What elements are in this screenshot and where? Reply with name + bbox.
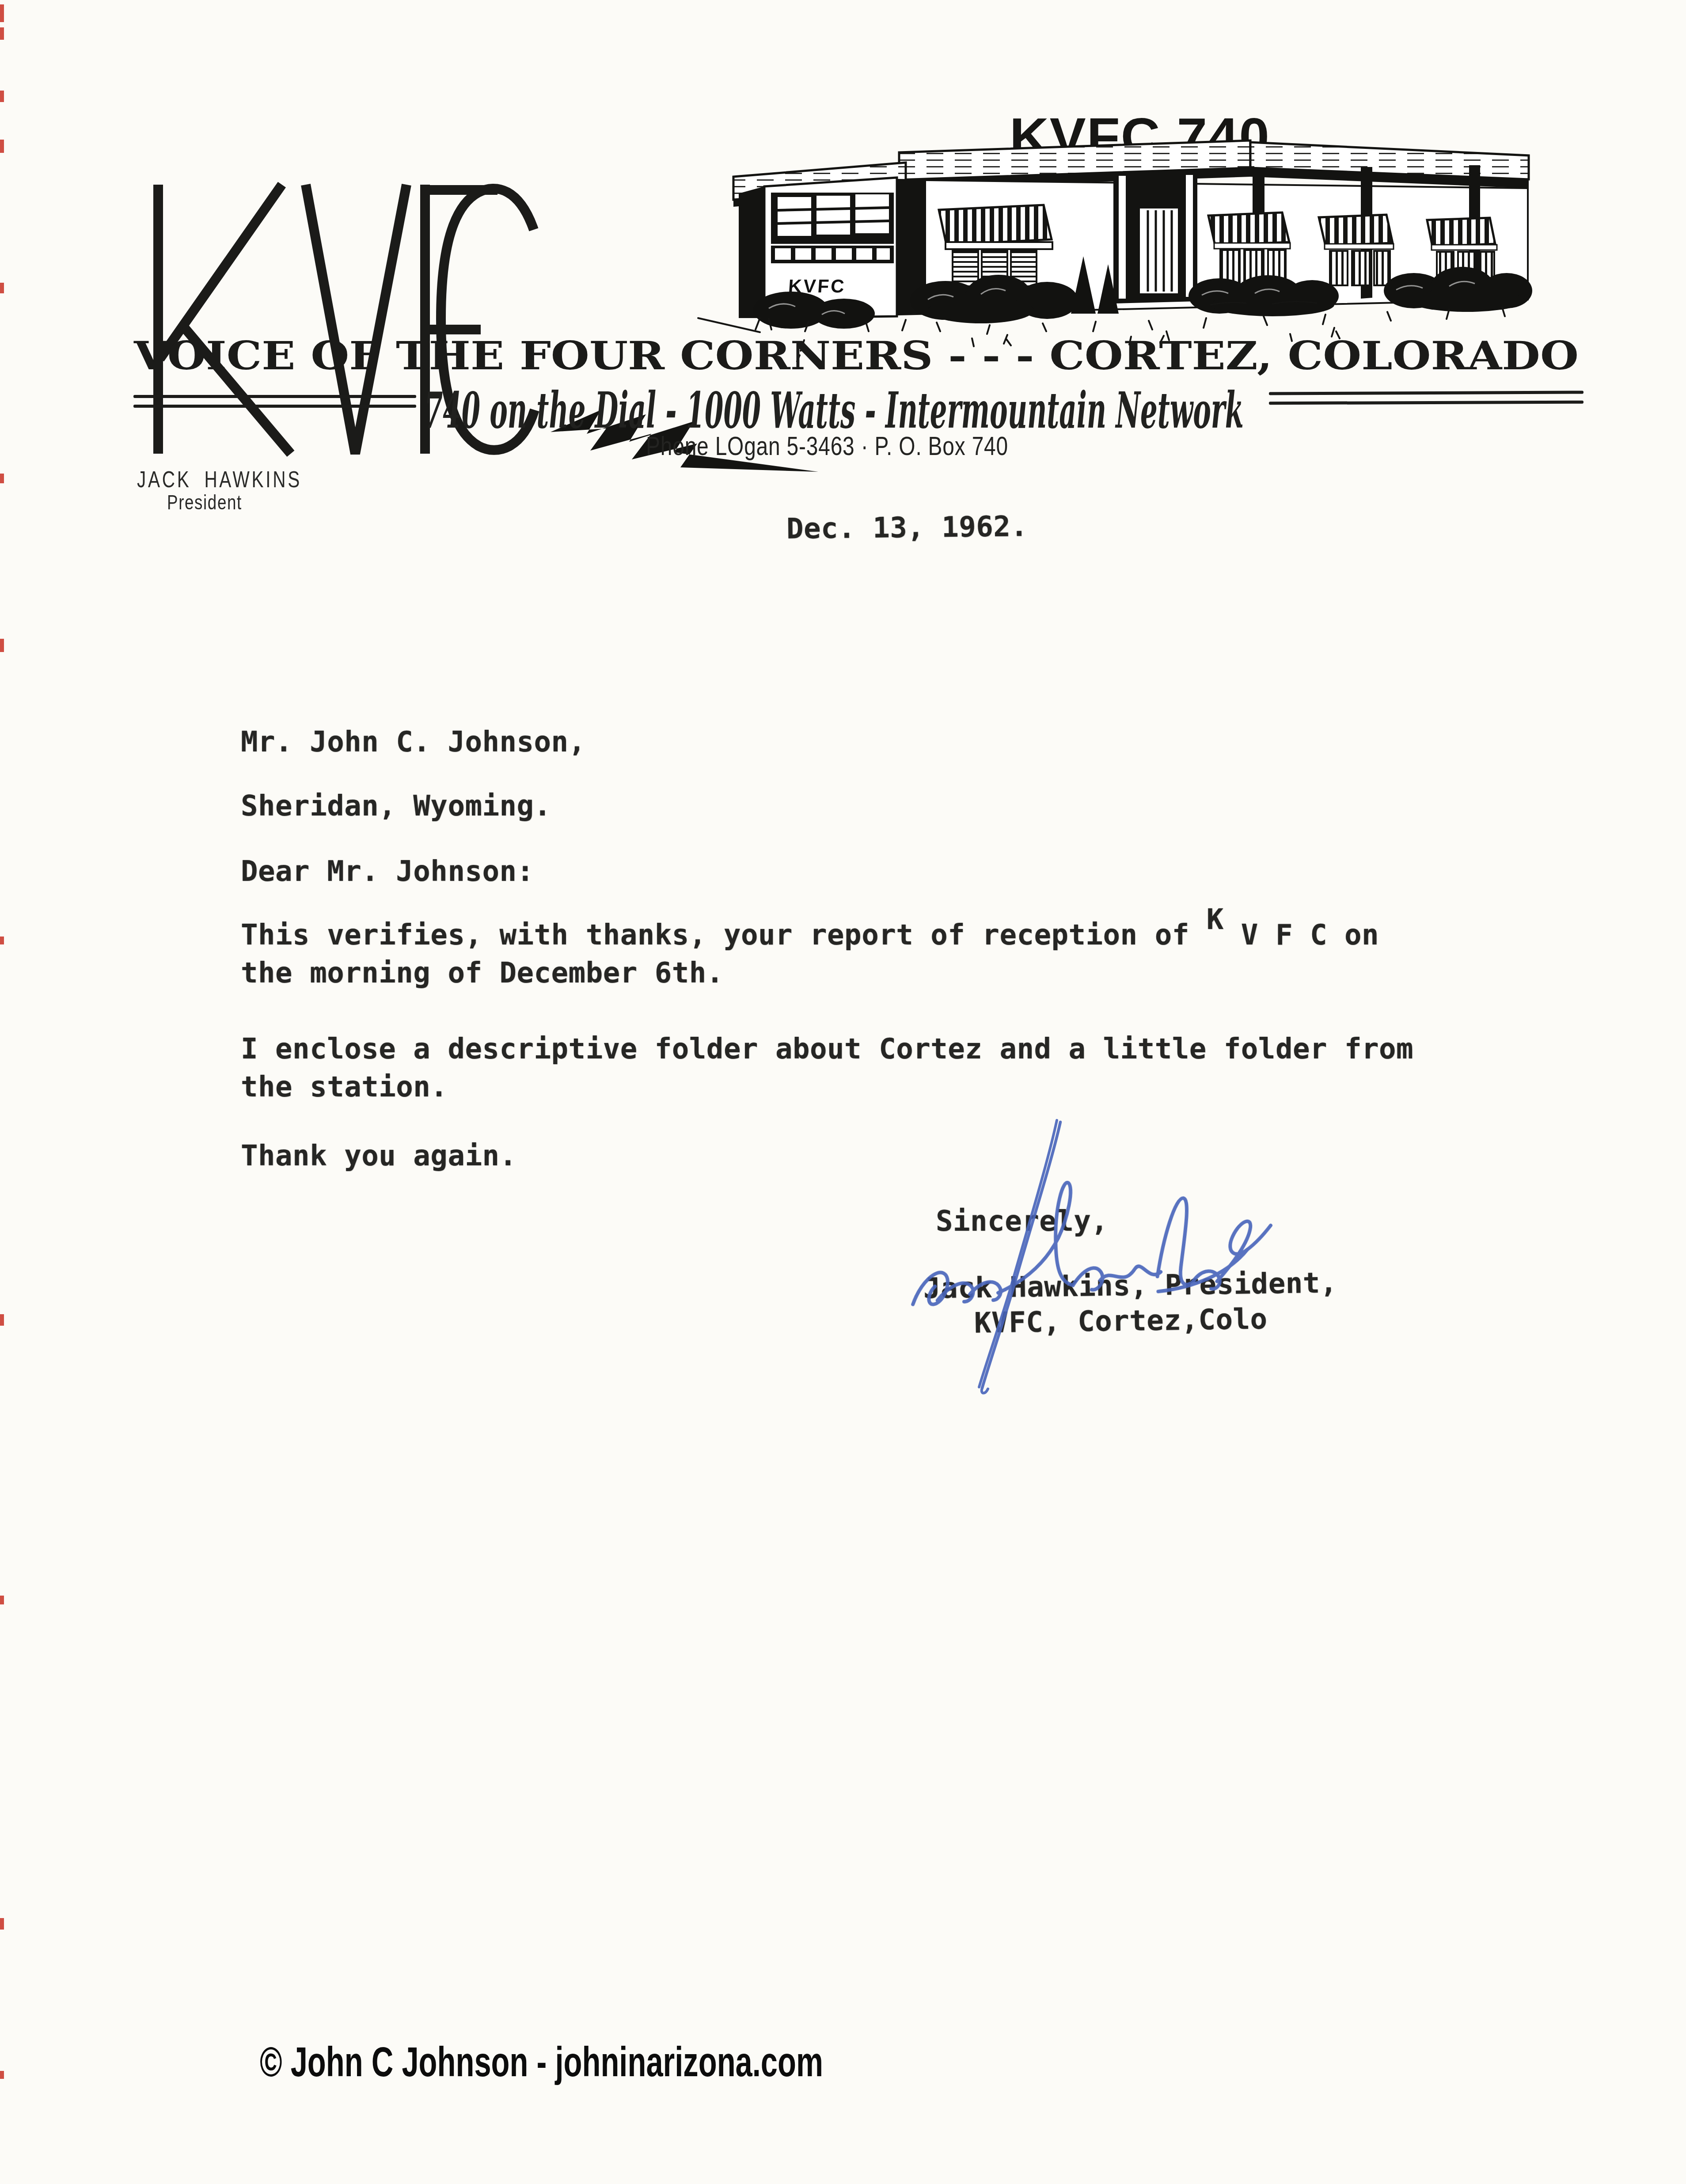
scan-edge-artifact — [0, 283, 4, 293]
officer-name: JACK HAWKINS — [137, 466, 302, 493]
signature-autograph — [875, 1096, 1299, 1405]
footer-credit-banner: © John C Johnson - johninarizona.com — [258, 2041, 877, 2092]
body-p1-pre: This verifies, with thanks, your report … — [241, 919, 1207, 952]
salutation-line: Dear Mr. Johnson: — [241, 854, 534, 889]
awning-icon — [1208, 212, 1290, 287]
station-building-illustration: KVFC 740 KVFC "MOBILITA" — [698, 110, 1546, 345]
recipient-city-line: Sheridan, Wyoming. — [241, 789, 551, 823]
scan-edge-artifact — [0, 2071, 4, 2079]
contact-banner: Phone LOgan 5-3463 · P. O. Box 740 — [645, 427, 1025, 469]
scan-edge-artifact — [0, 474, 4, 483]
body-paragraph1-line2: the morning of December 6th. — [241, 956, 724, 990]
footer-credit-text: © John C Johnson - johninarizona.com — [260, 2039, 823, 2085]
contact-text: Phone LOgan 5-3463 · P. O. Box 740 — [646, 431, 1008, 461]
tagline-text: VOICE OF THE FOUR CORNERS - - - CORTEZ, … — [133, 333, 1579, 379]
scan-edge-artifact — [0, 4, 4, 22]
body-paragraph3: Thank you again. — [241, 1139, 517, 1173]
scanned-letter-page: KVFC KVFC 740 — [0, 0, 1686, 2184]
rule-left-bottom — [133, 405, 416, 408]
scan-edge-artifact — [0, 27, 4, 40]
officer-title: President — [167, 490, 242, 514]
body-p1-post: V F C on — [1224, 919, 1379, 952]
letter-date: Dec. 13, 1962. — [786, 509, 1028, 546]
scan-edge-artifact — [0, 1918, 4, 1930]
scan-edge-artifact — [0, 937, 4, 944]
body-p1-superscript-k: K — [1207, 903, 1224, 936]
scan-edge-artifact — [0, 1314, 4, 1326]
rule-right-top — [1269, 391, 1583, 395]
body-paragraph2-line2: the station. — [241, 1070, 448, 1104]
rule-right-bottom — [1269, 401, 1583, 405]
scan-edge-artifact — [0, 1596, 4, 1604]
recipient-name-line: Mr. John C. Johnson, — [241, 725, 586, 759]
rule-left-top — [133, 395, 416, 398]
scan-edge-artifact — [0, 639, 4, 652]
body-paragraph1-line1: This verifies, with thanks, your report … — [241, 918, 1379, 952]
scan-edge-artifact — [0, 140, 4, 153]
scan-edge-artifact — [0, 91, 4, 102]
awning-icon — [1319, 215, 1394, 285]
body-paragraph2-line1: I enclose a descriptive folder about Cor… — [241, 1032, 1413, 1066]
